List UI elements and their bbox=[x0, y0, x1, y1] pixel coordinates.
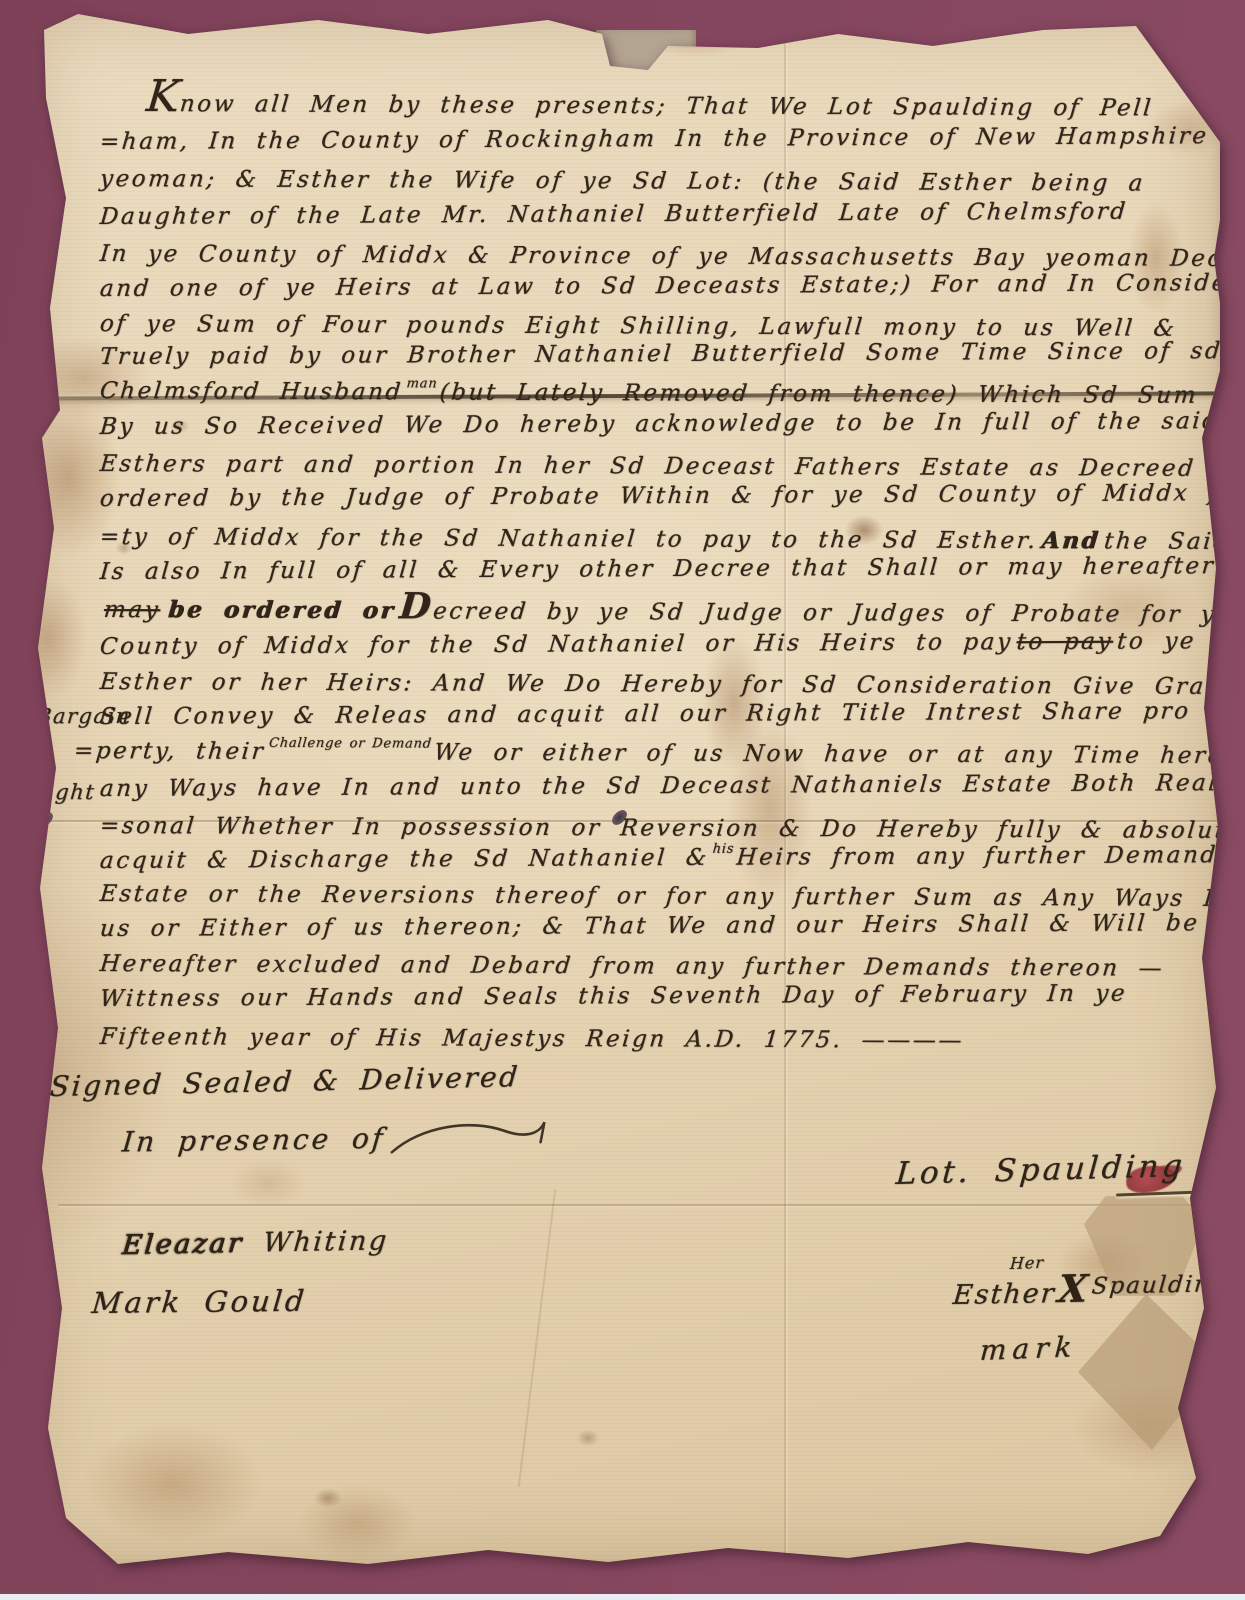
signature-witness-mark-gould: Mark Gould bbox=[90, 1284, 308, 1320]
seal-slit bbox=[1116, 1190, 1204, 1196]
manuscript-line: us or Either of us thereon; & That We an… bbox=[99, 909, 1245, 942]
line-text: We or either of us Now have or at any Ti… bbox=[433, 740, 1245, 770]
signature-witness-eleazar-whiting: Eleazar Whiting bbox=[121, 1225, 390, 1261]
crease-pinhole-mark bbox=[35, 809, 55, 829]
line-text: ecreed by ye Sd Judge or Judges of Proba… bbox=[432, 598, 1245, 628]
manuscript-line: and one of ye Heirs at Law to Sd Deceast… bbox=[99, 270, 1245, 302]
manuscript-line: Esthers part and portion In her Sd Decea… bbox=[99, 451, 1245, 482]
drop-capital: K bbox=[144, 71, 183, 122]
struck-word: may bbox=[103, 597, 162, 623]
manuscript-line: Wittness our Hands and Seals this Sevent… bbox=[99, 981, 1128, 1012]
crease-diagonal bbox=[518, 1189, 557, 1487]
manuscript-line: Truely paid by our Brother Nathaniel But… bbox=[99, 338, 1223, 370]
ink-blot-capital: D bbox=[398, 585, 436, 627]
signature-esther-her-label: Her bbox=[1009, 1253, 1044, 1273]
manuscript-line: Daughter of the Late Mr. Nathaniel Butte… bbox=[99, 199, 1129, 230]
interlinear-insertion: his bbox=[712, 842, 735, 857]
manuscript-line: yeoman; & Esther the Wife of ye Sd Lot: … bbox=[99, 166, 1146, 197]
signature-esther-mark-label: mark bbox=[979, 1330, 1079, 1367]
manuscript-line: In ye County of Middx & Province of ye M… bbox=[99, 241, 1245, 272]
line-text: to ye Said bbox=[1116, 628, 1245, 655]
manuscript-line: BargainSell Convey & Releas and acquit a… bbox=[99, 698, 1192, 730]
margin-word: Bargain bbox=[35, 704, 132, 729]
interlinear-insertion: man bbox=[406, 376, 438, 391]
line-text: =ty of Middx for the Sd Nathaniel to pay… bbox=[99, 524, 1039, 554]
manuscript-line: By us So Received We Do hereby acknowled… bbox=[99, 408, 1221, 440]
seal-ribbon-impression-bottom bbox=[1078, 1294, 1220, 1450]
manuscript-line: acquit & Discharge the Sd Nathaniel &his… bbox=[99, 841, 1245, 874]
line-text: Heirs from any further Demands on Said bbox=[736, 841, 1245, 870]
manuscript-line: Know all Men by these presents; That We … bbox=[145, 91, 1155, 121]
line-text: County of Middx for the Sd Nathaniel or … bbox=[99, 629, 1014, 660]
manuscript-line: ordered by the Judge of Probate Within &… bbox=[99, 479, 1245, 512]
manuscript-line: Esther or her Heirs: And We Do Hereby fo… bbox=[99, 669, 1236, 700]
line-text: the Said Sum bbox=[1103, 528, 1245, 555]
manuscript-line: Hereafter excluded and Debard from any f… bbox=[99, 951, 1166, 982]
manuscript-line: mightany Ways have In and unto the Sd De… bbox=[99, 769, 1245, 802]
blotted-name: Eleazar bbox=[121, 1228, 245, 1261]
attestation-line: Signed Sealed & Delivered bbox=[49, 1060, 521, 1103]
line-text: =perty, their bbox=[73, 738, 267, 765]
line-text: (but Lately Removed from thence) Which S… bbox=[438, 379, 1199, 408]
manuscript-line: County of Middx for the Sd Nathaniel or … bbox=[99, 628, 1245, 660]
manuscript-line: =sonal Whether In possession or Reversio… bbox=[99, 813, 1245, 844]
line-text: Esther bbox=[952, 1278, 1057, 1311]
fold-crease-signature bbox=[58, 1204, 1208, 1206]
manuscript-line: maybe ordered orDecreed by ye Sd Judge o… bbox=[99, 596, 1245, 628]
scanned-document-photo: { "page": { "background_color": "#84465e… bbox=[0, 0, 1245, 1600]
line-text: any Ways have In and unto the Sd Deceast… bbox=[99, 769, 1245, 802]
line-text: Chelmsford Husband bbox=[99, 378, 404, 405]
line-text: Whiting bbox=[262, 1225, 390, 1258]
line-text: Sell Convey & Releas and acquit all our … bbox=[99, 698, 1192, 730]
manuscript-line: Fifteenth year of His Majestys Reign A.D… bbox=[99, 1024, 965, 1054]
scanner-edge-strip bbox=[0, 1594, 1245, 1600]
esther-mark-x: X bbox=[1056, 1266, 1091, 1312]
signature-esther-spaulding: EstherXSpaulding bbox=[952, 1275, 1229, 1311]
pen-flourish-icon bbox=[389, 1116, 553, 1162]
emphasized-word: be ordered or bbox=[167, 596, 396, 624]
manuscript-line: Chelmsford Husbandman(but Lately Removed… bbox=[99, 378, 1200, 409]
line-text: now all Men by these presents; That We L… bbox=[179, 91, 1155, 121]
attestation-line: In presence of bbox=[120, 1116, 553, 1166]
manuscript-line: =perty, theirChallenge or DemandWe or ei… bbox=[73, 738, 1245, 770]
manuscript-line: =ham, In the County of Rockingham In the… bbox=[99, 123, 1210, 155]
line-text: acquit & Discharge the Sd Nathaniel & bbox=[99, 845, 710, 874]
emphasized-word: And bbox=[1041, 527, 1102, 554]
line-text: Spaulding bbox=[1091, 1271, 1229, 1299]
margin-word: might bbox=[25, 780, 97, 804]
manuscript-line: Estate or the Reversions thereof or for … bbox=[99, 881, 1245, 912]
manuscript-paper: Know all Men by these presents; That We … bbox=[28, 8, 1220, 1568]
line-text: In presence of bbox=[121, 1122, 387, 1159]
manuscript-line: Is also In full of all & Every other Dec… bbox=[99, 553, 1216, 585]
struck-word: to pay bbox=[1016, 629, 1115, 656]
manuscript-line: =ty of Middx for the Sd Nathaniel to pay… bbox=[99, 523, 1245, 555]
manuscript-line: of ye Sum of Four pounds Eight Shilling,… bbox=[99, 311, 1178, 342]
interlinear-insertion: Challenge or Demand bbox=[268, 736, 432, 752]
